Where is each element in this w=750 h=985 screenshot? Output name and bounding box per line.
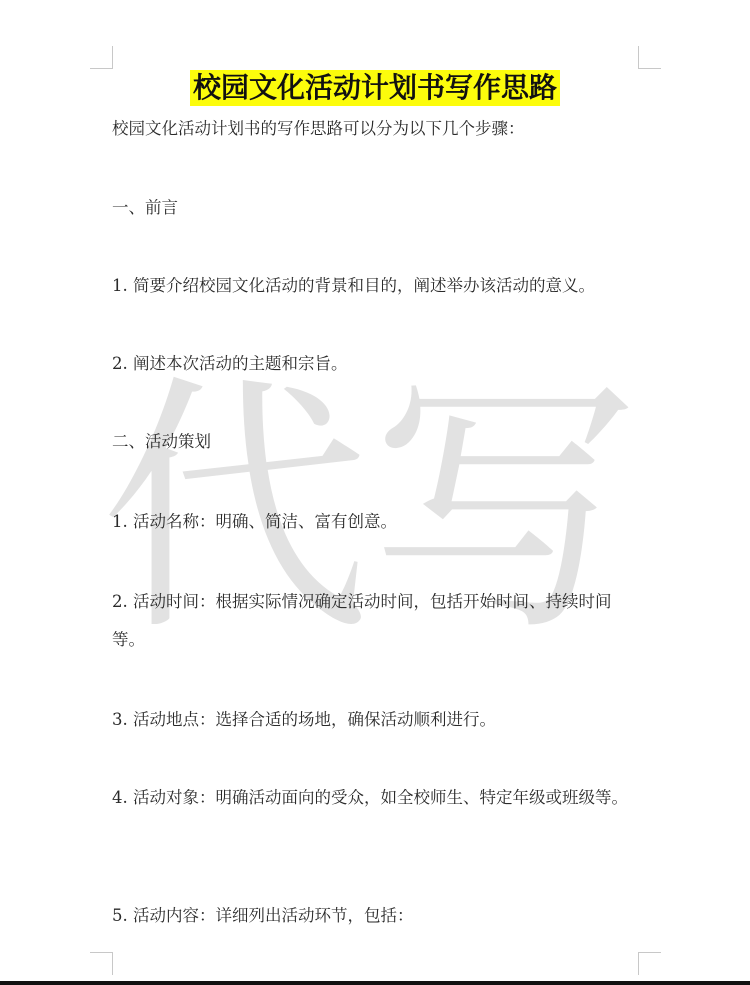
planning-item-time: 2. 活动时间：根据实际情况确定活动时间，包括开始时间、持续时间等。 bbox=[112, 583, 642, 659]
intro-paragraph: 校园文化活动计划书的写作思路可以分为以下几个步骤： bbox=[112, 119, 525, 139]
page-corner-mark-top-left bbox=[90, 46, 113, 69]
bottom-edge-bar bbox=[0, 981, 750, 985]
watermark: 代写 bbox=[100, 280, 670, 740]
planning-item-audience: 4. 活动对象：明确活动面向的受众，如全校师生、特定年级或班级等。 bbox=[112, 779, 642, 817]
page-corner-mark-bottom-left bbox=[90, 952, 113, 975]
section-heading-planning: 二、活动策划 bbox=[112, 432, 211, 452]
planning-item-content: 5. 活动内容：详细列出活动环节，包括： bbox=[112, 906, 414, 926]
document-title: 校园文化活动计划书写作思路 bbox=[190, 70, 560, 106]
preface-item-2: 2. 阐述本次活动的主题和宗旨。 bbox=[112, 354, 348, 374]
page-corner-mark-top-right bbox=[638, 46, 661, 69]
preface-item-1: 1. 简要介绍校园文化活动的背景和目的，阐述举办该活动的意义。 bbox=[112, 276, 595, 296]
planning-item-name: 1. 活动名称：明确、简洁、富有创意。 bbox=[112, 512, 397, 532]
planning-item-location: 3. 活动地点：选择合适的场地，确保活动顺利进行。 bbox=[112, 710, 496, 730]
document-page: 代写 校园文化活动计划书写作思路 校园文化活动计划书的写作思路可以分为以下几个步… bbox=[0, 0, 750, 980]
title-container: 校园文化活动计划书写作思路 bbox=[0, 70, 750, 106]
section-heading-preface: 一、前言 bbox=[112, 198, 178, 218]
page-corner-mark-bottom-right bbox=[638, 952, 661, 975]
